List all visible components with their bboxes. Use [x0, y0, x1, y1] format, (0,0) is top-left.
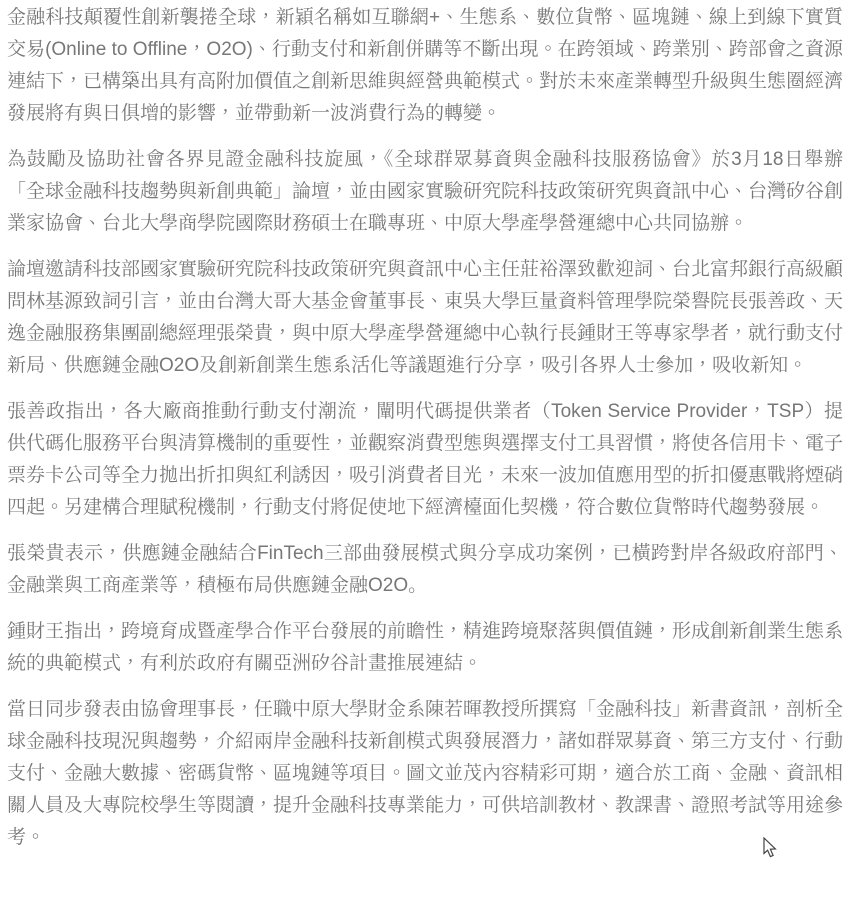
article-paragraph-zhang-shanzheng: 張善政指出，各大廠商推動行動支付潮流，闡明代碼提供業者（Token Servic… [7, 396, 843, 524]
article-body: 金融科技顛覆性創新襲捲全球，新穎名稱如互聯網+、生態系、數位貨幣、區塊鏈、線上到… [0, 0, 850, 854]
article-paragraph-zhong-caiwang: 鍾財王指出，跨境育成暨產學合作平台發展的前瞻性，精進跨境聚落與價值鏈，形成創新創… [7, 616, 843, 680]
article-paragraph-intro: 金融科技顛覆性創新襲捲全球，新穎名稱如互聯網+、生態系、數位貨幣、區塊鏈、線上到… [7, 2, 843, 130]
article-paragraph-book-release: 當日同步發表由協會理事長，任職中原大學財金系陳若暉教授所撰寫「金融科技」新書資訊… [7, 694, 843, 854]
article-paragraph-zhang-ronggui: 張榮貴表示，供應鏈金融結合FinTech三部曲發展模式與分享成功案例，已橫跨對岸… [7, 538, 843, 602]
article-paragraph-forum-announcement: 為鼓勵及協助社會各界見證金融科技旋風，《全球群眾募資與金融科技服務協會》於3月1… [7, 144, 843, 240]
page: { "colors": { "background": "#ffffff", "… [0, 0, 850, 909]
article-paragraph-forum-speakers: 論壇邀請科技部國家實驗研究院科技政策研究與資訊中心主任莊裕澤致歡迎詞、台北富邦銀… [7, 254, 843, 382]
